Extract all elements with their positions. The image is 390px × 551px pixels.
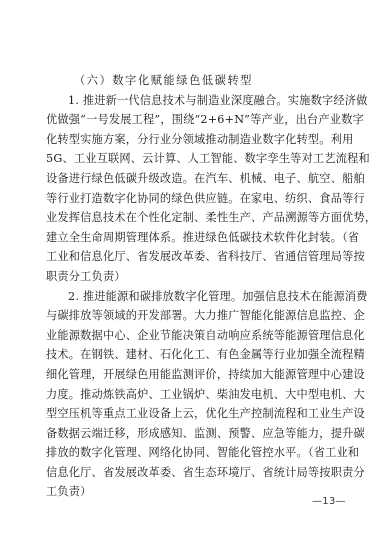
paragraph-2: 2. 推进能源和碳排放数字化管理。加强信息技术在能源消费 与碳排放等领域的开发部…: [46, 287, 352, 503]
paragraph-line: 业能源数据中心、企业节能决策自动响应系统等能源管理信息化: [46, 326, 352, 346]
paragraph-line: 建立全生命周期管理体系。推进绿色低碳技术软件化封装。（省: [46, 228, 352, 248]
page-content: （六）数字化赋能绿色低碳转型 1. 推进新一代信息技术与制造业深度融合。实施数字…: [46, 71, 352, 502]
document-page: （六）数字化赋能绿色低碳转型 1. 推进新一代信息技术与制造业深度融合。实施数字…: [0, 0, 390, 551]
section-heading: （六）数字化赋能绿色低碳转型: [46, 71, 352, 91]
paragraph-line: 技术。在钢铁、建材、石化化工、有色金属等行业加强全流程精: [46, 345, 352, 365]
paragraph-line: 设备进行绿色低碳升级改造。在汽车、机械、电子、航空、船舶: [46, 169, 352, 189]
paragraph-line: 2. 推进能源和碳排放数字化管理。加强信息技术在能源消费: [46, 287, 352, 307]
paragraph-line: 信息化厅、省发展改革委、省生态环境厅、省统计局等按职责分: [46, 463, 352, 483]
paragraph-line: 优做强“一号发展工程”，围绕“2+6+N”等产业，出台产业数字: [46, 110, 352, 130]
page-number: —13—: [312, 496, 346, 507]
paragraph-line: 力度。推动炼铁高炉、工业锅炉、柴油发电机、大中型电机、大: [46, 385, 352, 405]
paragraph-line: 型空压机等重点工业设备上云，优化生产控制流程和工业生产设: [46, 404, 352, 424]
paragraph-line: 工业和信息化厅、省发展改革委、省科技厅、省通信管理局等按: [46, 247, 352, 267]
paragraph-line: 等行业打造数字化协同的绿色供应链。在家电、纺织、食品等行: [46, 189, 352, 209]
paragraph-line: 细化管理，开展绿色用能监测评价，持续加大能源管理中心建设: [46, 365, 352, 385]
paragraph-line: 排放的数字化管理、网络化协同、智能化管控水平。（省工业和: [46, 443, 352, 463]
paragraph-1: 1. 推进新一代信息技术与制造业深度融合。实施数字经济做 优做强“一号发展工程”…: [46, 91, 352, 287]
paragraph-line: 工负责）: [46, 482, 352, 502]
paragraph-line: 备数据云端迁移，形成感知、监测、预警、应急等能力，提升碳: [46, 424, 352, 444]
paragraph-line: 与碳排放等领域的开发部署。大力推广智能化能源信息监控、企: [46, 306, 352, 326]
paragraph-line: 化转型实施方案，分行业分领域推动制造业数字化转型。利用: [46, 130, 352, 150]
paragraph-line: 业发挥信息技术在个性化定制、柔性生产、产品溯源等方面优势，: [46, 208, 352, 228]
paragraph-line: 1. 推进新一代信息技术与制造业深度融合。实施数字经济做: [46, 91, 352, 111]
paragraph-line: 职责分工负责）: [46, 267, 352, 287]
paragraph-line: 5G、工业互联网、云计算、人工智能、数字孪生等对工艺流程和: [46, 149, 352, 169]
